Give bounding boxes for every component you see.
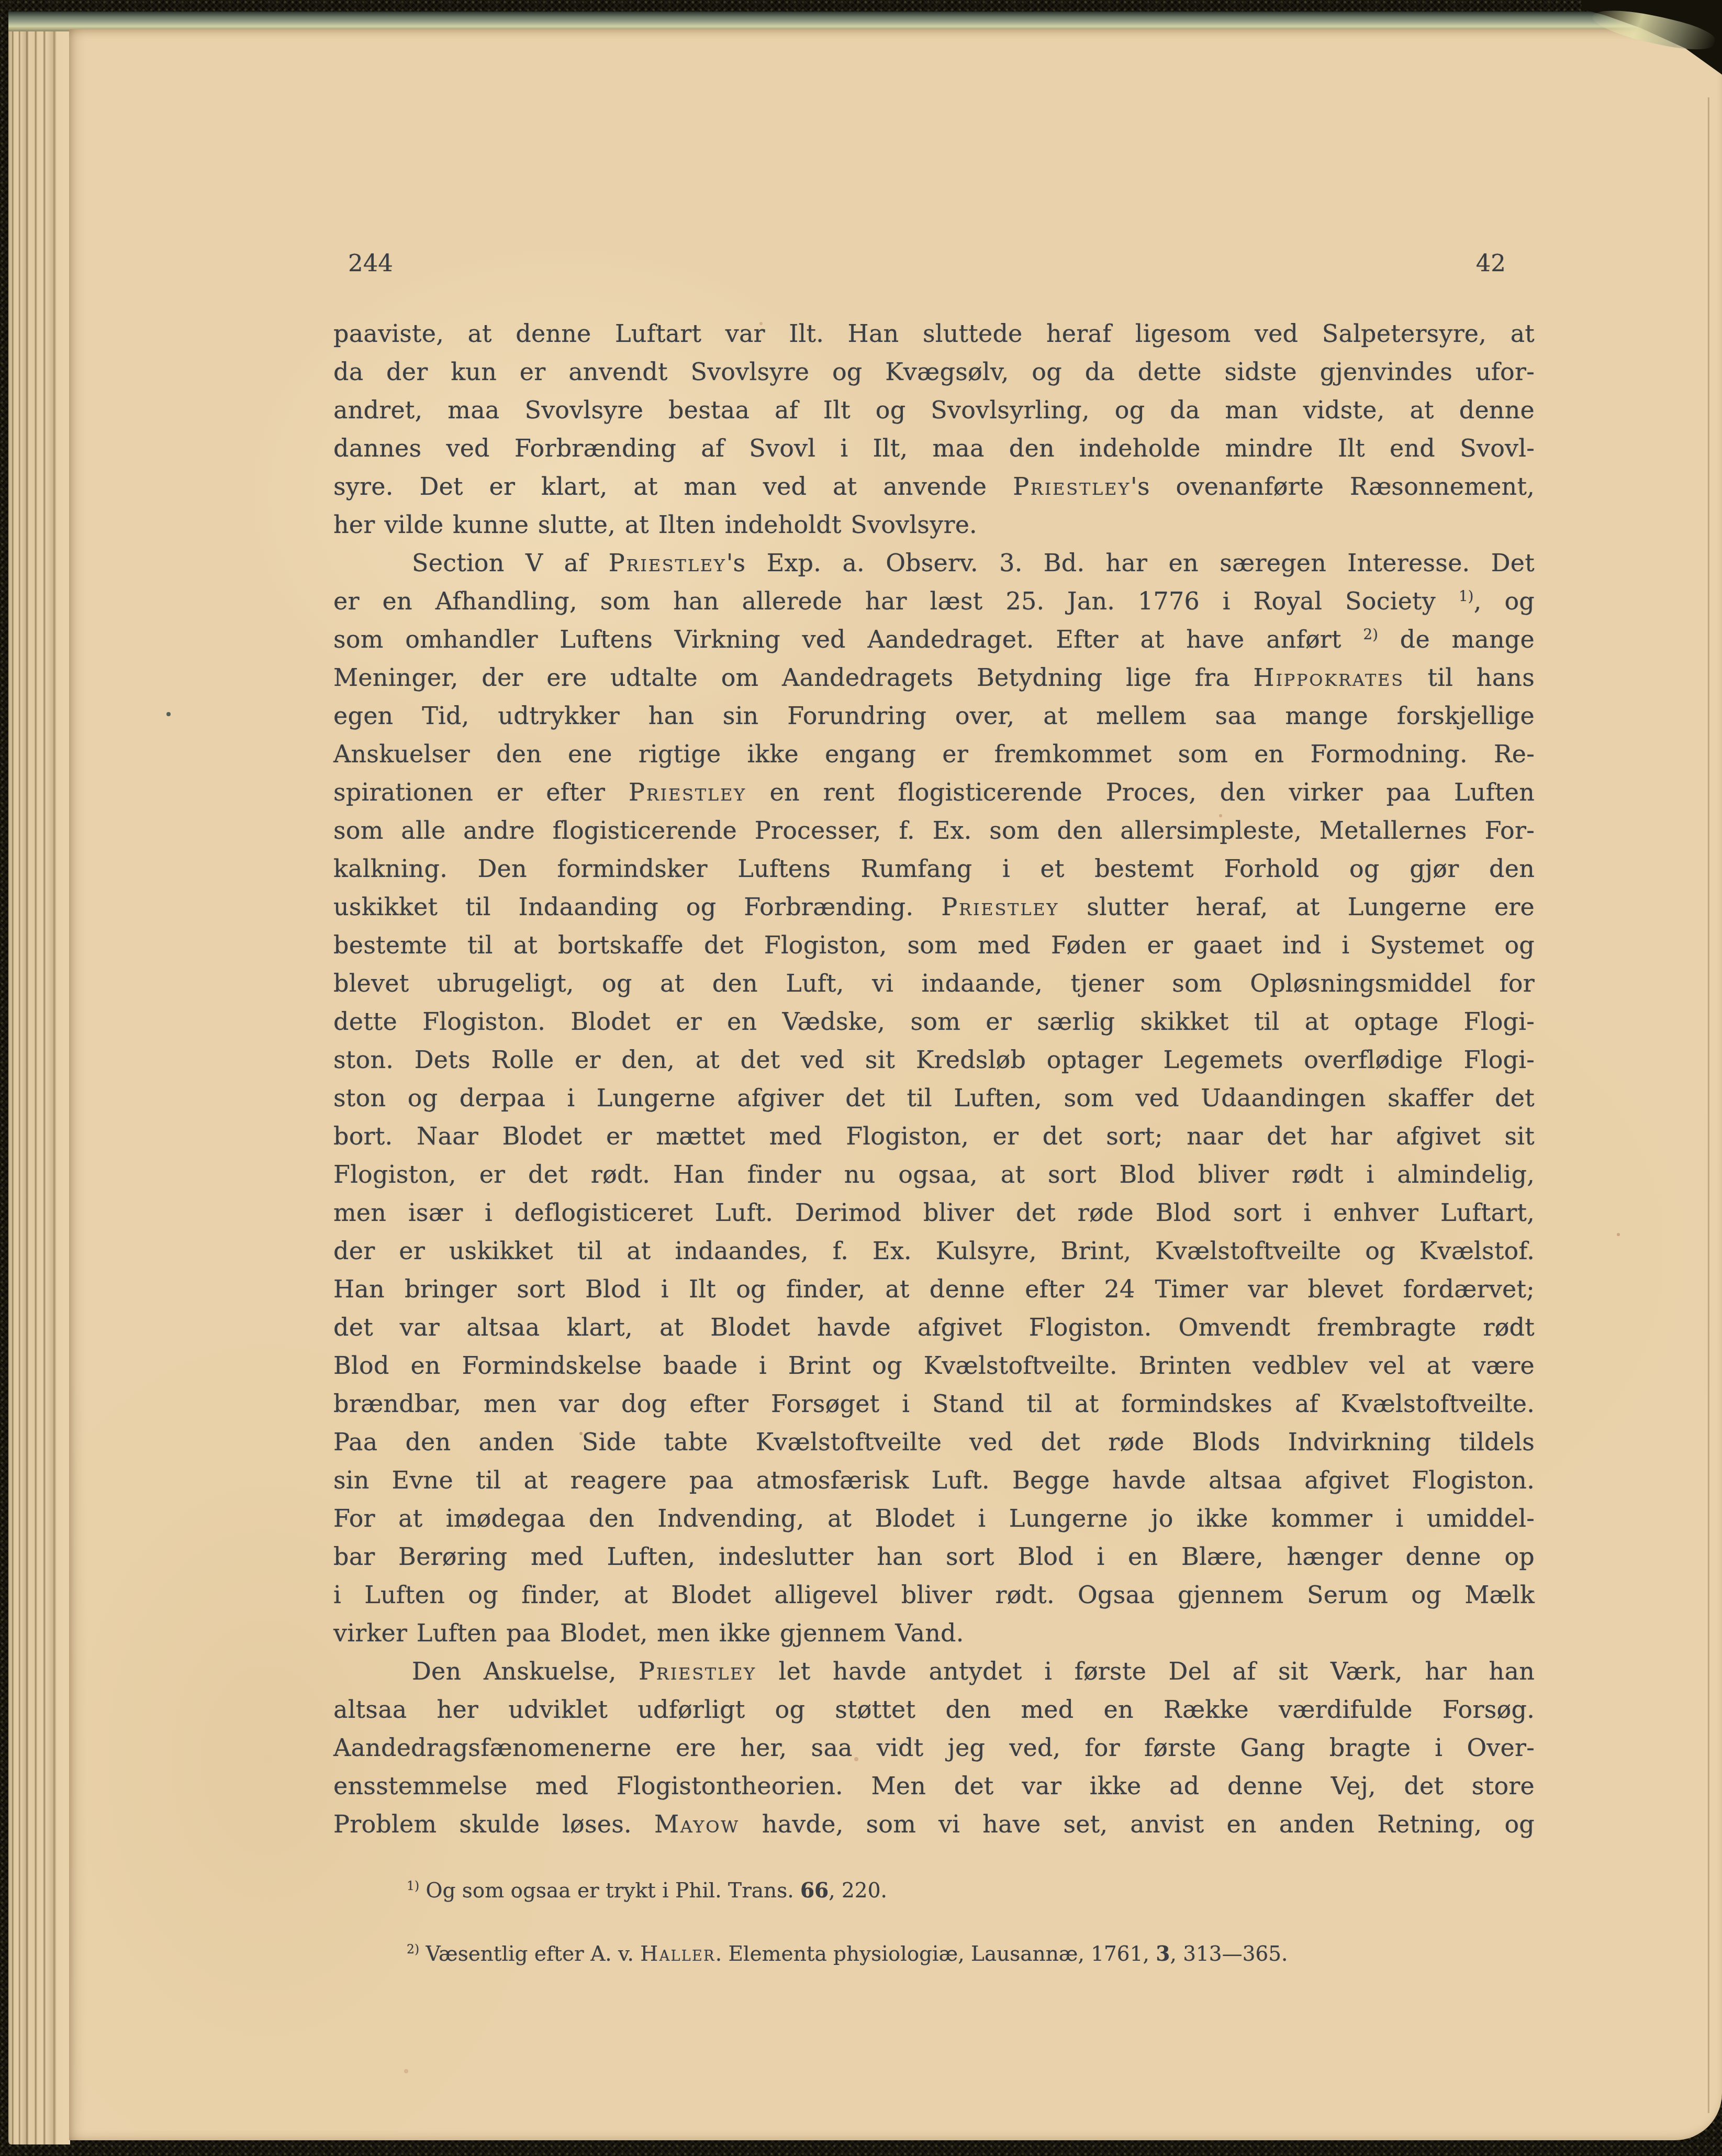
page-stack-left-edges [8,14,70,2144]
body-text-line: spirationen er efter Priestley en rent f… [333,773,1535,812]
paper-specks [69,29,71,31]
body-text-line: altsaa her udviklet udførligt og støttet… [333,1691,1535,1729]
body-text-line: syre. Det er klart, at man ved at anvend… [333,468,1535,506]
body-text-line: bestemte til at bortskaffe det Flogiston… [333,926,1535,964]
body-text-line: Han bringer sort Blod i Ilt og finder, a… [333,1270,1535,1308]
body-text-line: som alle andre flogisticerende Processer… [333,812,1535,850]
body-text-line: brændbar, men var dog efter Forsøget i S… [333,1385,1535,1423]
body-text-line: dette Flogiston. Blodet er en Vædske, so… [333,1003,1535,1041]
body-text-line: ensstemmelse med Flogistontheorien. Men … [333,1767,1535,1805]
body-text-line: men især i deflogisticeret Luft. Derimod… [333,1194,1535,1232]
body-text-line: For at imødegaa den Indvending, at Blode… [333,1499,1535,1538]
body-text-line: paaviste, at denne Luftart var Ilt. Han … [333,315,1535,353]
book-page: 244 42 paaviste, at denne Luftart var Il… [69,29,1722,2140]
body-text-line: ston. Dets Rolle er den, at det ved sit … [333,1041,1535,1079]
body-text-line: kalkning. Den formindsker Luftens Rumfan… [333,850,1535,888]
body-text-line: dannes ved Forbrænding af Svovl i Ilt, m… [333,429,1535,468]
body-text-line: i Luften og finder, at Blodet alligevel … [333,1576,1535,1614]
body-text-line: Meninger, der ere udtalte om Aandedraget… [333,659,1535,697]
page-number-right: 42 [1476,249,1506,277]
body-text-line: uskikket til Indaanding og Forbrænding. … [333,888,1535,926]
body-text-line: her vilde kunne slutte, at Ilten indehol… [333,506,1535,544]
body-text-line: bort. Naar Blodet er mættet med Flogisto… [333,1117,1535,1155]
body-text-line: Paa den anden Side tabte Kvælstoftveilte… [333,1423,1535,1461]
body-text-line: der er uskikket til at indaandes, f. Ex.… [333,1232,1535,1270]
footnote: 1) Og som ogsaa er trykt i Phil. Trans. … [407,1859,1537,1922]
body-text-line: da der kun er anvendt Svovlsyre og Kvægs… [333,353,1535,391]
body-text-line: bar Berøring med Luften, indeslutter han… [333,1538,1535,1576]
body-text-line: Den Anskuelse, Priestley let havde antyd… [333,1652,1535,1691]
body-text-line: Section V af Priestley's Exp. a. Observ.… [333,544,1535,582]
body-text-line: Problem skulde løses. Mayow havde, som v… [333,1805,1535,1843]
body-text-line: egen Tid, udtrykker han sin Forundring o… [333,697,1535,735]
body-text-line: det var altsaa klart, at Blodet havde af… [333,1308,1535,1347]
body-text-line: ston og derpaa i Lungerne afgiver det ti… [333,1079,1535,1117]
body-text-line: sin Evne til at reagere paa atmosfærisk … [333,1461,1535,1499]
footnotes: 1) Og som ogsaa er trykt i Phil. Trans. … [407,1859,1537,1986]
body-text: paaviste, at denne Luftart var Ilt. Han … [333,315,1535,1843]
body-text-line: er en Afhandling, som han allerede har l… [333,582,1535,620]
body-text-line: Anskuelser den ene rigtige ikke engang e… [333,735,1535,773]
body-text-line: som omhandler Luftens Virkning ved Aande… [333,620,1535,659]
body-text-line: andret, maa Svovlsyre bestaa af Ilt og S… [333,391,1535,429]
body-text-line: blevet ubrugeligt, og at den Luft, vi in… [333,964,1535,1003]
body-text-line: virker Luften paa Blodet, men ikke gjenn… [333,1614,1535,1652]
footnote: 2) Væsentlig efter A. v. Haller. Element… [407,1922,1537,1986]
page-top-edge-band [8,12,1722,31]
page-header: 244 42 [333,249,1535,283]
body-text-line: Aandedragsfænomenerne ere her, saa vidt … [333,1729,1535,1767]
page-right-crease [1707,97,1710,2113]
page-number-left: 244 [348,249,393,277]
scanned-book-photo: 244 42 paaviste, at denne Luftart var Il… [0,0,1722,2156]
body-text-line: Blod en Formindskelse baade i Brint og K… [333,1347,1535,1385]
body-text-line: Flogiston, er det rødt. Han finder nu og… [333,1155,1535,1194]
